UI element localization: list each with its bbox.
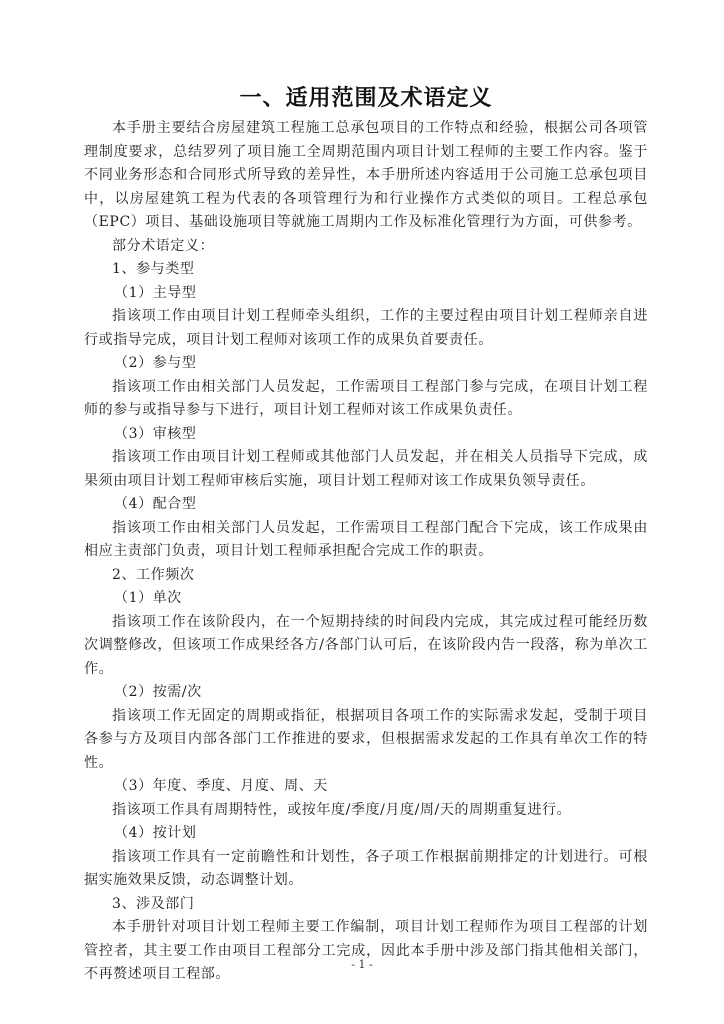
item-label: （2）按需/次: [84, 681, 648, 705]
page-number: - 1 -: [0, 958, 724, 971]
section-heading: 2、工作频次: [84, 564, 648, 588]
section-heading: 3、涉及部门: [84, 893, 648, 917]
item-label: （4）配合型: [84, 493, 648, 517]
terms-heading: 部分术语定义：: [84, 235, 648, 259]
item-label: （1）单次: [84, 587, 648, 611]
item-text: 指该项工作由相关部门人员发起，工作需项目工程部门配合下完成，该工作成果由相应主责…: [84, 517, 648, 564]
item-text: 指该项工作由相关部门人员发起，工作需项目工程部门参与完成，在项目计划工程师的参与…: [84, 376, 648, 423]
item-label: （3）年度、季度、月度、周、天: [84, 775, 648, 799]
item-text: 指该项工作在该阶段内，在一个短期持续的时间段内完成，其完成过程可能经历数次调整修…: [84, 611, 648, 682]
item-text: 指该项工作具有一定前瞻性和计划性，各子项工作根据前期排定的计划进行。可根据实施效…: [84, 846, 648, 893]
item-label: （2）参与型: [84, 352, 648, 376]
item-text: 本手册针对项目计划工程师主要工作编制，项目计划工程师作为项目工程部的计划管控者，…: [84, 916, 648, 987]
item-label: （3）审核型: [84, 423, 648, 447]
item-text: 指该项工作由项目计划工程师牵头组织，工作的主要过程由项目计划工程师亲自进行或指导…: [84, 305, 648, 352]
item-text: 指该项工作由项目计划工程师或其他部门人员发起，并在相关人员指导下完成，成果须由项…: [84, 446, 648, 493]
item-text: 指该项工作无固定的周期或指征，根据项目各项工作的实际需求发起，受制于项目各参与方…: [84, 705, 648, 776]
intro-paragraph: 本手册主要结合房屋建筑工程施工总承包项目的工作特点和经验，根据公司各项管理制度要…: [84, 117, 648, 235]
item-text: 指该项工作具有周期特性，或按年度/季度/月度/周/天的周期重复进行。: [84, 799, 648, 823]
document-page: 一、适用范围及术语定义 本手册主要结合房屋建筑工程施工总承包项目的工作特点和经验…: [84, 84, 648, 987]
section-title: 一、适用范围及术语定义: [84, 84, 648, 114]
item-label: （1）主导型: [84, 282, 648, 306]
item-label: （4）按计划: [84, 822, 648, 846]
section-heading: 1、参与类型: [84, 258, 648, 282]
